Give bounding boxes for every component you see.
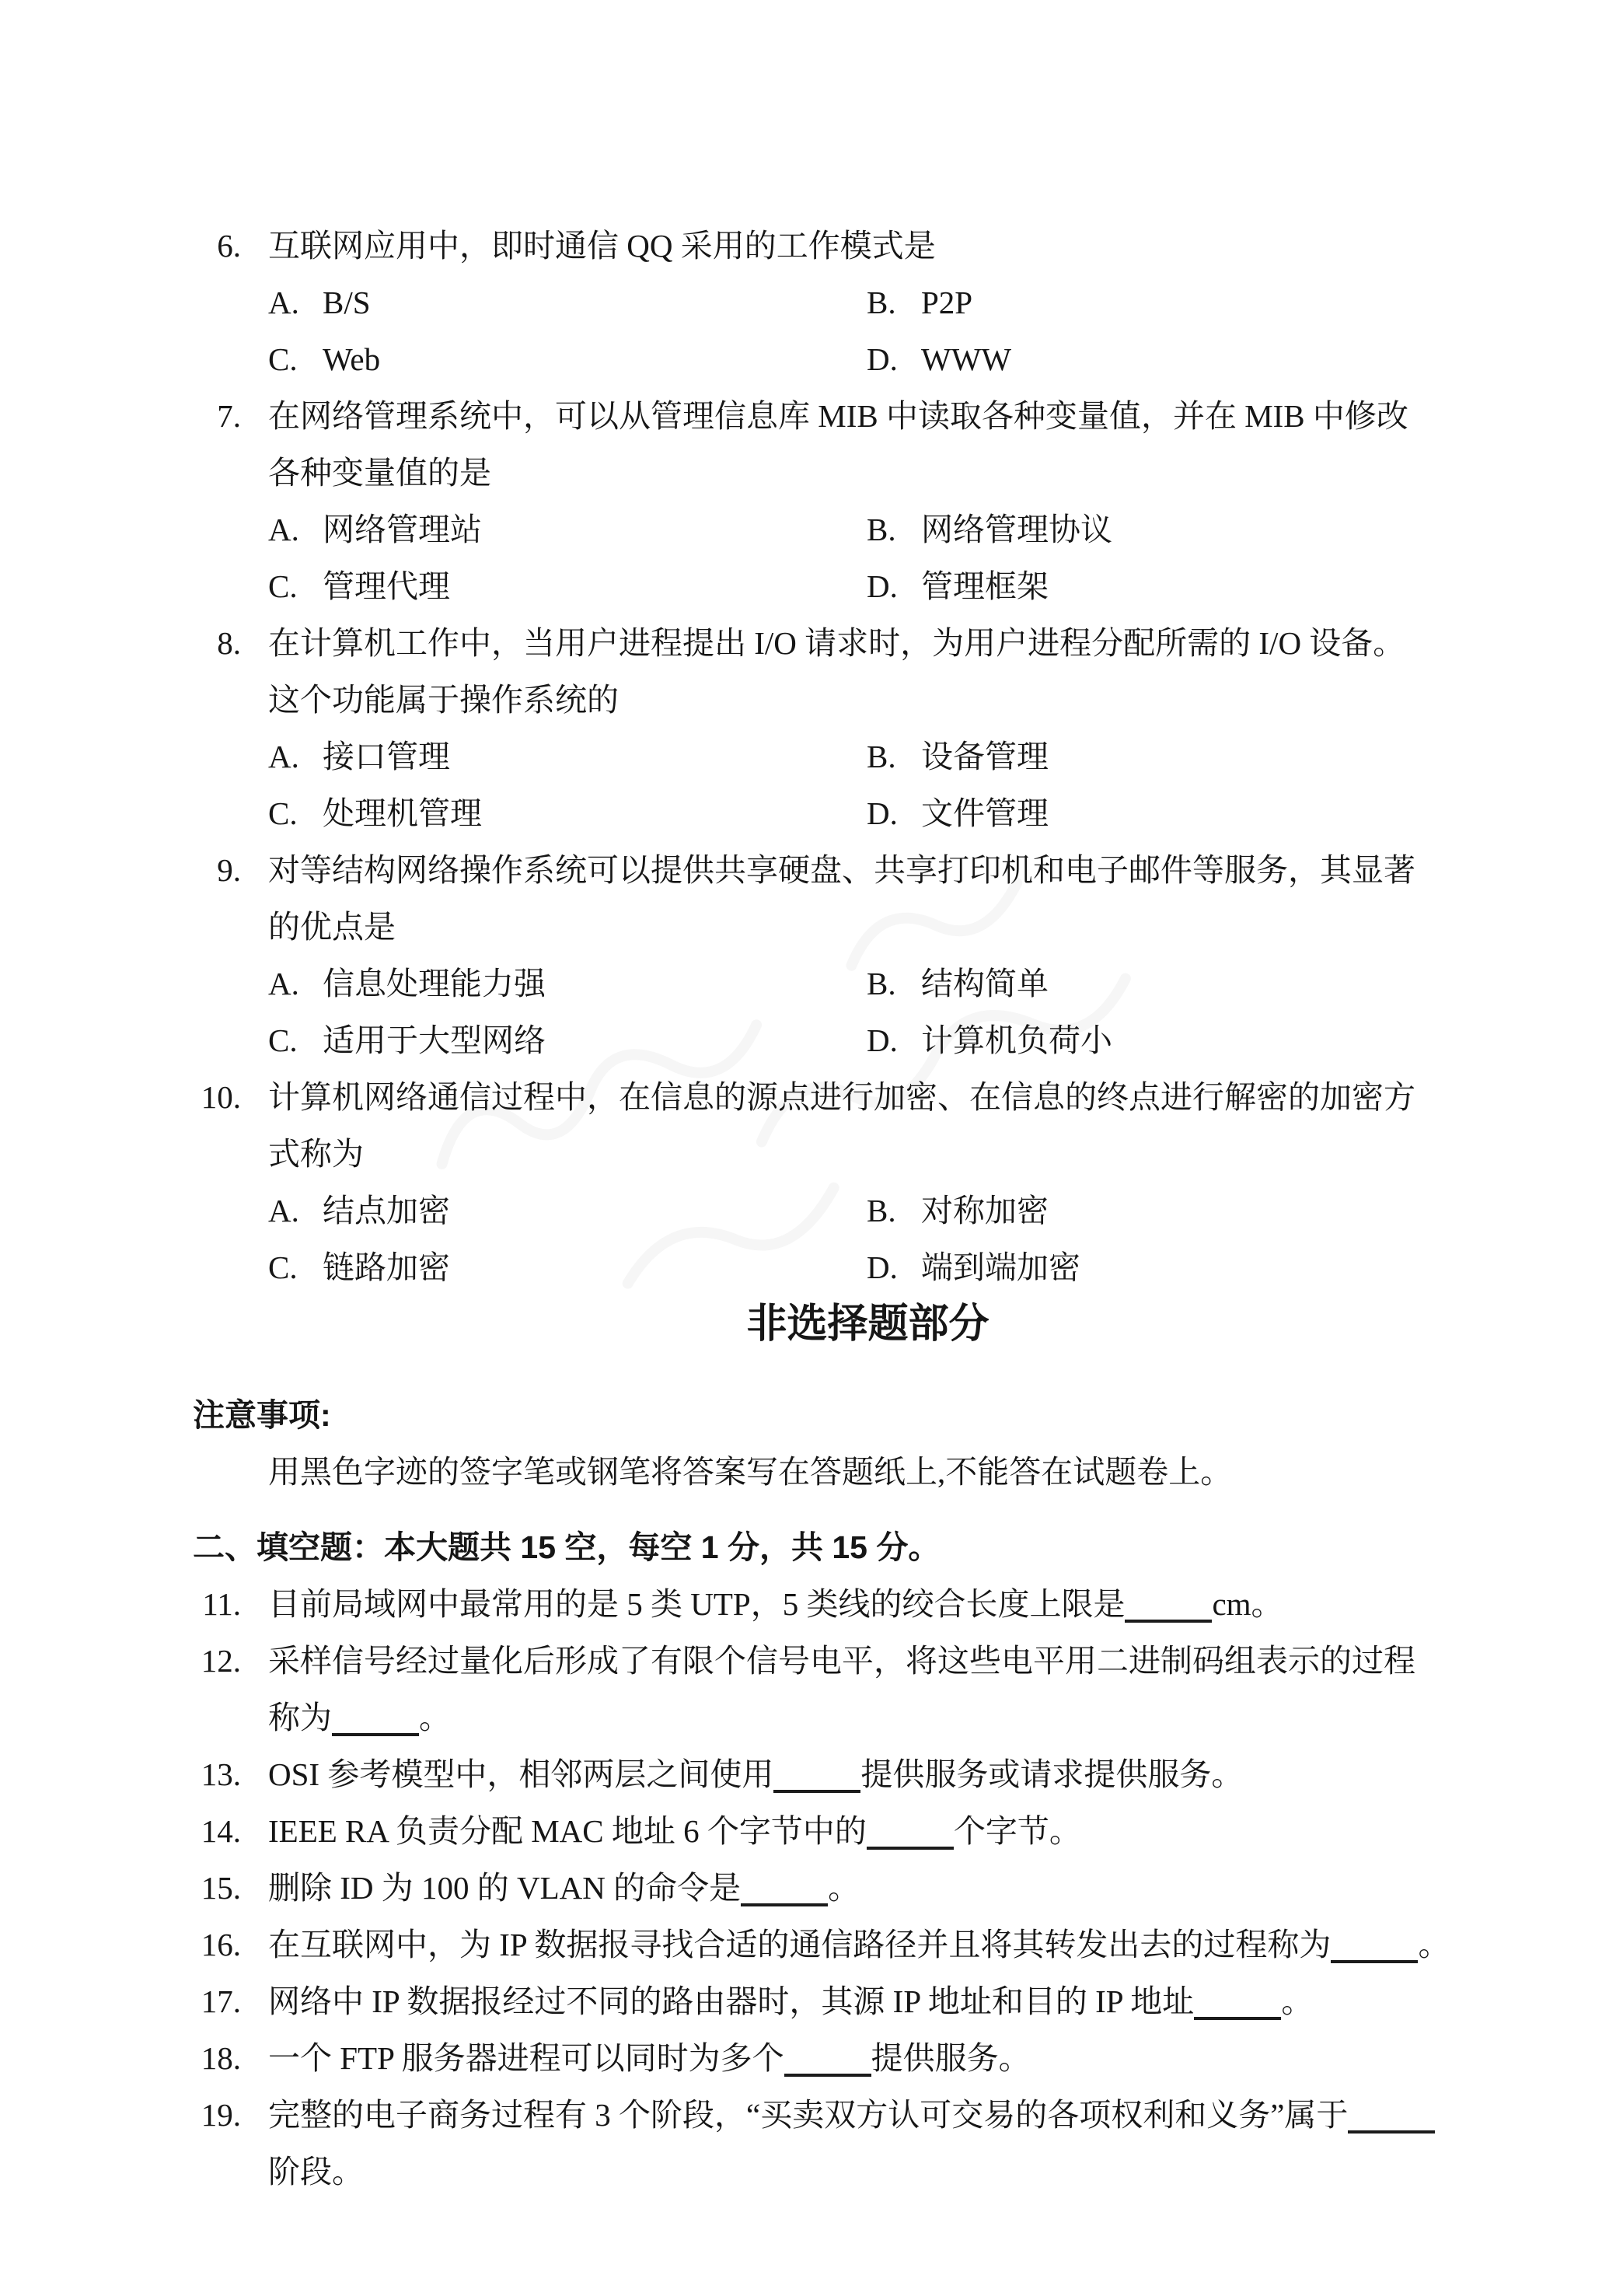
option-label: B. [867, 501, 901, 558]
option-label: C. [268, 331, 302, 388]
option-text: P2P [921, 285, 972, 320]
option-label: B. [867, 274, 901, 331]
option-text: 文件管理 [921, 795, 1049, 831]
question-text: 阶段。 [193, 2144, 1507, 2200]
option-text: 网络管理站 [323, 512, 482, 547]
option-label: A. [268, 1183, 302, 1239]
option-d: D.端到端加密 [867, 1239, 1507, 1296]
fill-question-16: 16.在互联网中，为 IP 数据报寻找合适的通信路径并且将其转发出去的过程称为。 [193, 1917, 1507, 1973]
mcq-question-7: 7.在网络管理系统中，可以从管理信息库 MIB 中读取各种变量值，并在 MIB … [193, 388, 1507, 615]
option-text: 结点加密 [323, 1193, 450, 1228]
option-text: 设备管理 [921, 739, 1049, 774]
option-c: C.链路加密 [268, 1239, 867, 1296]
blank-underline [1194, 2006, 1281, 2020]
options: A.网络管理站 B.网络管理协议 C.管理代理 D.管理框架 [193, 501, 1507, 615]
option-c: C.管理代理 [268, 558, 867, 615]
question-number: 15. [193, 1860, 241, 1917]
fill-question-19: 19.完整的电子商务过程有 3 个阶段，“买卖双方认可交易的各项权利和义务”属于… [193, 2087, 1507, 2200]
option-c: C.适用于大型网络 [268, 1012, 867, 1069]
question-text: 。 [419, 1700, 451, 1735]
question-number: 13. [193, 1746, 241, 1803]
question-text: 在互联网中，为 IP 数据报寻找合适的通信路径并且将其转发出去的过程称为 [268, 1927, 1331, 1962]
question-text: 称为 [268, 1700, 332, 1735]
option-label: C. [268, 785, 302, 842]
option-d: D.文件管理 [867, 785, 1507, 842]
option-label: A. [268, 501, 302, 558]
question-number: 6. [193, 218, 241, 274]
question-text: 。 [1418, 1927, 1450, 1962]
option-text: 对称加密 [921, 1193, 1049, 1228]
option-label: D. [867, 331, 901, 388]
exam-paper-page: 6.互联网应用中，即时通信 QQ 采用的工作模式是 A.B/S B.P2P C.… [0, 0, 1616, 2296]
question-text: 目前局域网中最常用的是 5 类 UTP，5 类线的绞合长度上限是 [268, 1586, 1125, 1622]
option-text: 网络管理协议 [921, 512, 1112, 547]
option-b: B.P2P [867, 274, 1507, 331]
option-text: B/S [323, 285, 371, 320]
option-label: B. [867, 956, 901, 1012]
option-a: A.B/S [268, 274, 867, 331]
mcq-question-9: 9.对等结构网络操作系统可以提供共享硬盘、共享打印机和电子邮件等服务，其显著 的… [193, 842, 1507, 1069]
option-b: B.对称加密 [867, 1183, 1507, 1239]
option-c: C.处理机管理 [268, 785, 867, 842]
option-label: B. [867, 1183, 901, 1239]
blank-underline [784, 2063, 871, 2077]
question-number: 7. [193, 388, 241, 445]
stem-text: 在计算机工作中，当用户进程提出 I/O 请求时，为用户进程分配所需的 I/O 设… [268, 625, 1405, 661]
stem-line: 6.互联网应用中，即时通信 QQ 采用的工作模式是 [193, 218, 1507, 274]
notice-body: 用黑色字迹的签字笔或钢笔将答案写在答题纸上,不能答在试题卷上。 [193, 1444, 1507, 1501]
option-text: 信息处理能力强 [323, 966, 546, 1001]
option-text: 处理机管理 [323, 795, 482, 831]
option-label: D. [867, 1012, 901, 1069]
stem-line: 8.在计算机工作中，当用户进程提出 I/O 请求时，为用户进程分配所需的 I/O… [193, 615, 1507, 672]
question-text: OSI 参考模型中，相邻两层之间使用 [268, 1756, 773, 1792]
blank-underline [1331, 1949, 1418, 1963]
option-a: A.网络管理站 [268, 501, 867, 558]
option-label: A. [268, 729, 302, 785]
option-text: 结构简单 [921, 966, 1049, 1001]
option-label: A. [268, 956, 302, 1012]
page-content: 6.互联网应用中，即时通信 QQ 采用的工作模式是 A.B/S B.P2P C.… [193, 218, 1507, 2200]
option-text: 计算机负荷小 [921, 1022, 1112, 1058]
fill-question-13: 13.OSI 参考模型中，相邻两层之间使用提供服务或请求提供服务。 [193, 1746, 1507, 1803]
option-label: C. [268, 1239, 302, 1296]
question-number: 8. [193, 615, 241, 672]
fill-question-11: 11.目前局域网中最常用的是 5 类 UTP，5 类线的绞合长度上限是cm。 [193, 1576, 1507, 1633]
question-number: 19. [193, 2087, 241, 2144]
question-text: 提供服务。 [871, 2040, 1031, 2076]
question-text: 提供服务或请求提供服务。 [860, 1756, 1243, 1792]
stem-text: 计算机网络通信过程中，在信息的源点进行加密、在信息的终点进行解密的加密方 [268, 1079, 1415, 1115]
fill-question-17: 17.网络中 IP 数据报经过不同的路由器时，其源 IP 地址和目的 IP 地址… [193, 1973, 1507, 2030]
stem-text: 互联网应用中，即时通信 QQ 采用的工作模式是 [268, 228, 936, 264]
stem-text: 对等结构网络操作系统可以提供共享硬盘、共享打印机和电子邮件等服务，其显著 [268, 852, 1415, 888]
option-text: 链路加密 [323, 1249, 450, 1285]
option-text: 适用于大型网络 [323, 1022, 546, 1058]
notice-heading: 注意事项: [193, 1387, 1507, 1444]
option-b: B.网络管理协议 [867, 501, 1507, 558]
option-label: B. [867, 729, 901, 785]
option-d: D.管理框架 [867, 558, 1507, 615]
stem-text-line2: 各种变量值的是 [193, 445, 1507, 501]
option-text: 接口管理 [323, 739, 450, 774]
option-text: 管理代理 [323, 568, 450, 604]
blank-underline [1125, 1609, 1212, 1623]
blank-underline [741, 1892, 828, 1906]
stem-line: 7.在网络管理系统中，可以从管理信息库 MIB 中读取各种变量值，并在 MIB … [193, 388, 1507, 445]
blank-underline [332, 1722, 419, 1736]
question-number: 14. [193, 1803, 241, 1860]
fill-question-15: 15.删除 ID 为 100 的 VLAN 的命令是。 [193, 1860, 1507, 1917]
option-label: D. [867, 785, 901, 842]
stem-line: 10.计算机网络通信过程中，在信息的源点进行加密、在信息的终点进行解密的加密方 [193, 1069, 1507, 1126]
question-number: 9. [193, 842, 241, 899]
option-text: Web [323, 341, 380, 377]
mcq-question-10: 10.计算机网络通信过程中，在信息的源点进行加密、在信息的终点进行解密的加密方 … [193, 1069, 1507, 1296]
mcq-question-8: 8.在计算机工作中，当用户进程提出 I/O 请求时，为用户进程分配所需的 I/O… [193, 615, 1507, 842]
fill-section-header: 二、填空题：本大题共 15 空，每空 1 分，共 15 分。 [193, 1519, 1507, 1576]
option-text: 端到端加密 [921, 1249, 1080, 1285]
option-d: D.计算机负荷小 [867, 1012, 1507, 1069]
question-text: 个字节。 [954, 1813, 1081, 1849]
question-number: 12. [193, 1633, 241, 1690]
options: A.B/S B.P2P C.Web D.WWW [193, 274, 1507, 388]
blank-underline [867, 1836, 954, 1850]
blank-underline [773, 1779, 860, 1793]
question-text: 删除 ID 为 100 的 VLAN 的命令是 [268, 1870, 741, 1906]
question-text: cm。 [1212, 1586, 1283, 1622]
options: A.结点加密 B.对称加密 C.链路加密 D.端到端加密 [193, 1183, 1507, 1296]
fill-question-12: 12.采样信号经过量化后形成了有限个信号电平，将这些电平用二进制码组表示的过程 … [193, 1633, 1507, 1746]
section-title: 非选择题部分 [193, 1296, 1507, 1353]
stem-line: 9.对等结构网络操作系统可以提供共享硬盘、共享打印机和电子邮件等服务，其显著 [193, 842, 1507, 899]
option-c: C.Web [268, 331, 867, 388]
options: A.信息处理能力强 B.结构简单 C.适用于大型网络 D.计算机负荷小 [193, 956, 1507, 1069]
stem-text-line2: 式称为 [193, 1126, 1507, 1183]
mcq-question-6: 6.互联网应用中，即时通信 QQ 采用的工作模式是 A.B/S B.P2P C.… [193, 218, 1507, 388]
question-number: 17. [193, 1973, 241, 2030]
option-label: C. [268, 558, 302, 615]
option-text: 管理框架 [921, 568, 1049, 604]
fill-question-14: 14.IEEE RA 负责分配 MAC 地址 6 个字节中的个字节。 [193, 1803, 1507, 1860]
blank-underline [1348, 2120, 1435, 2133]
question-number: 16. [193, 1917, 241, 1973]
option-a: A.结点加密 [268, 1183, 867, 1239]
question-number: 18. [193, 2030, 241, 2087]
option-a: A.信息处理能力强 [268, 956, 867, 1012]
options: A.接口管理 B.设备管理 C.处理机管理 D.文件管理 [193, 729, 1507, 842]
question-number: 10. [193, 1069, 241, 1126]
question-number: 11. [193, 1576, 241, 1633]
option-label: D. [867, 558, 901, 615]
question-text: 一个 FTP 服务器进程可以同时为多个 [268, 2040, 784, 2076]
stem-text-line2: 这个功能属于操作系统的 [193, 672, 1507, 729]
stem-text-line2: 的优点是 [193, 899, 1507, 956]
stem-text: 在网络管理系统中，可以从管理信息库 MIB 中读取各种变量值，并在 MIB 中修… [268, 398, 1408, 434]
question-text: 完整的电子商务过程有 3 个阶段，“买卖双方认可交易的各项权利和义务”属于 [268, 2097, 1348, 2133]
option-text: WWW [921, 341, 1011, 377]
question-text: IEEE RA 负责分配 MAC 地址 6 个字节中的 [268, 1813, 867, 1849]
option-a: A.接口管理 [268, 729, 867, 785]
option-b: B.设备管理 [867, 729, 1507, 785]
question-text: 采样信号经过量化后形成了有限个信号电平，将这些电平用二进制码组表示的过程 [268, 1643, 1415, 1679]
question-text: 网络中 IP 数据报经过不同的路由器时，其源 IP 地址和目的 IP 地址 [268, 1983, 1194, 2019]
question-text: 。 [1281, 1983, 1313, 2019]
fill-question-18: 18.一个 FTP 服务器进程可以同时为多个提供服务。 [193, 2030, 1507, 2087]
question-text: 。 [828, 1870, 860, 1906]
option-label: A. [268, 274, 302, 331]
option-label: D. [867, 1239, 901, 1296]
option-label: C. [268, 1012, 302, 1069]
option-d: D.WWW [867, 331, 1507, 388]
option-b: B.结构简单 [867, 956, 1507, 1012]
